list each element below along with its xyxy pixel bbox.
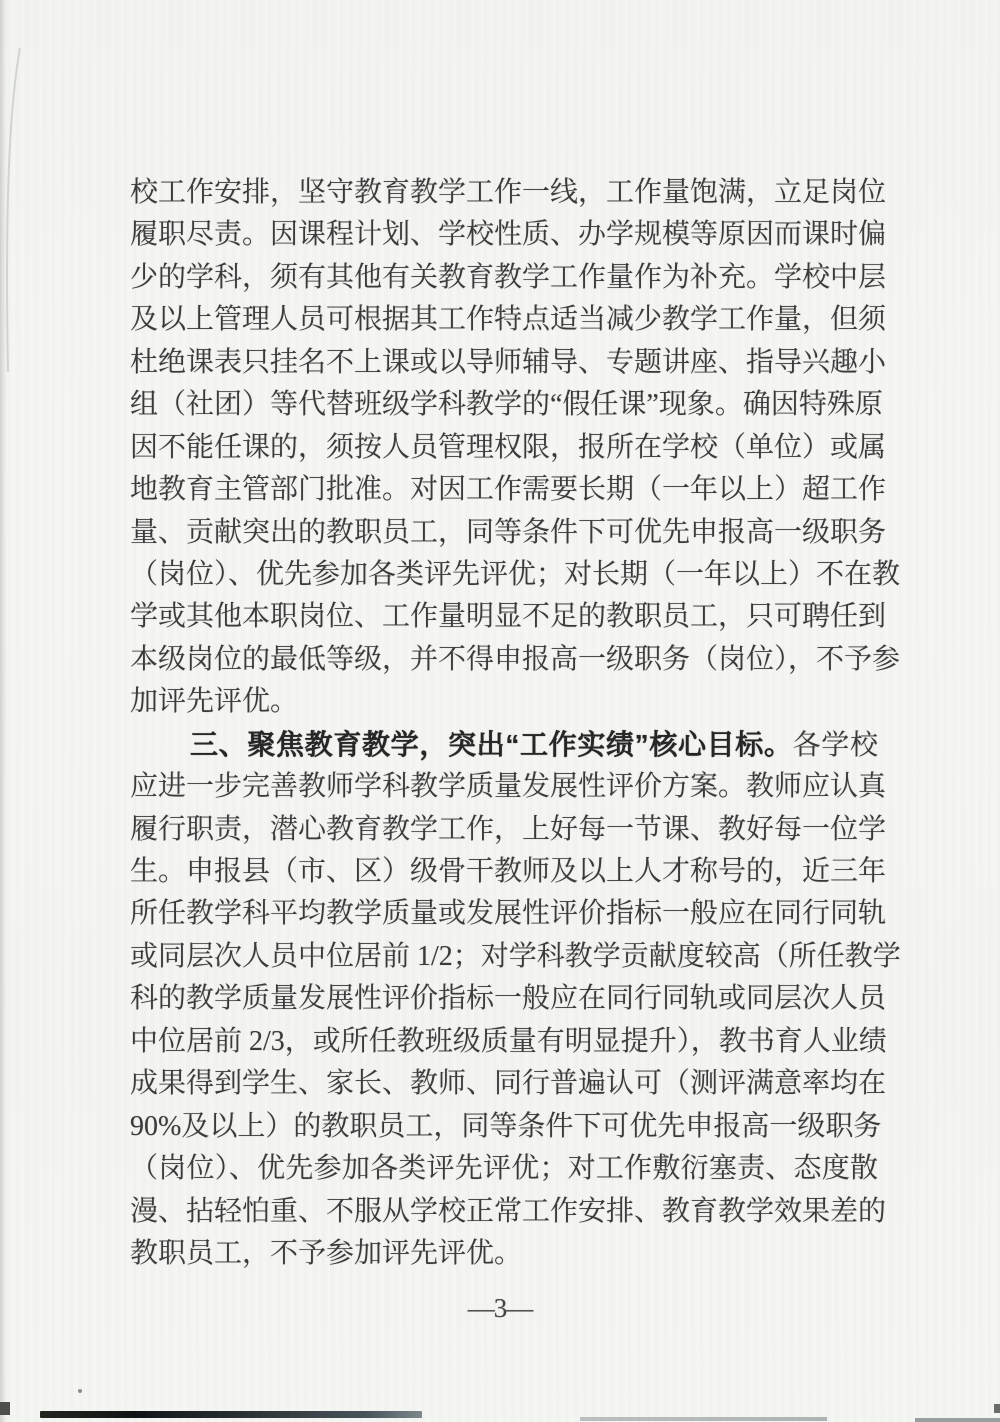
text-line: 漫、拈轻怕重、不服从学校正常工作安排、教育教学效果差的 <box>130 1191 878 1233</box>
scan-artifact-bottom-line <box>580 1417 827 1421</box>
text-line: 成果得到学生、家长、教师、同行普遍认可（测评满意率均在 <box>130 1063 878 1105</box>
heading-bold-text: 三、聚焦教育教学，突出“工作实绩”核心目标。 <box>190 729 793 760</box>
text-line: 加评先评优。 <box>130 681 878 723</box>
scan-artifact-bottom-line-right <box>915 1418 1000 1422</box>
page-number: —3— <box>0 1293 1000 1323</box>
text-line: 量、贡献突出的教职员工，同等条件下可优先申报高一级职务 <box>130 512 878 554</box>
text-line: 中位居前 2/3，或所任教班级质量有明显提升），教书育人业绩 <box>130 1021 878 1063</box>
scan-edge-shade <box>0 0 7 1422</box>
text-line: （岗位）、优先参加各类评先评优；对工作敷衍塞责、态度散 <box>130 1148 878 1190</box>
text-line: 生。申报县（市、区）级骨干教师及以上人才称号的，近三年 <box>130 851 878 893</box>
text-line: 校工作安排，坚守教育教学工作一线，工作量饱满，立足岗位 <box>130 172 878 214</box>
text-line: 本级岗位的最低等级，并不得申报高一级职务（岗位），不予参 <box>130 639 878 681</box>
scan-artifact-bottom-bar <box>40 1411 422 1418</box>
text-line: 应进一步完善教师学科教学质量发展性评价方案。教师应认真 <box>130 766 878 808</box>
text-line: 学或其他本职岗位、工作量明显不足的教职员工，只可聘任到 <box>130 596 878 638</box>
text-line: 教职员工，不予参加评先评优。 <box>130 1233 878 1275</box>
text-line: （岗位）、优先参加各类评先评优；对长期（一年以上）不在教 <box>130 554 878 596</box>
text-line: 及以上管理人员可根据其工作特点适当减少教学工作量，但须 <box>130 299 878 341</box>
heading-tail-text: 各学校 <box>793 730 878 761</box>
text-line: 少的学科，须有其他有关教育教学工作量作为补充。学校中层 <box>130 257 878 299</box>
scan-speck <box>78 1389 82 1393</box>
text-line: 所任教学科平均教学质量或发展性评价指标一般应在同行同轨 <box>130 893 878 935</box>
scan-artifact-right-tick <box>994 1404 1000 1413</box>
text-line: 履职尽责。因课程计划、学校性质、办学规模等原因而课时偏 <box>130 214 878 256</box>
text-line: 因不能任课的，须按人员管理权限，报所在学校（单位）或属 <box>130 427 878 469</box>
text-line: 或同层次人员中位居前 1/2；对学科教学贡献度较高（所任教学 <box>130 936 878 978</box>
text-line: 杜绝课表只挂名不上课或以导师辅导、专题讲座、指导兴趣小 <box>130 342 878 384</box>
paragraph-heading-line: 三、聚焦教育教学，突出“工作实绩”核心目标。各学校 <box>130 724 878 766</box>
scan-artifact-corner-block <box>0 1402 10 1415</box>
body-text: 校工作安排，坚守教育教学工作一线，工作量饱满，立足岗位 履职尽责。因课程计划、学… <box>130 172 878 1275</box>
text-line: 科的教学质量发展性评价指标一般应在同行同轨或同层次人员 <box>130 978 878 1020</box>
text-line: 履行职责，潜心教育教学工作，上好每一节课、教好每一位学 <box>130 809 878 851</box>
scan-crease-line <box>0 40 30 380</box>
document-page: 校工作安排，坚守教育教学工作一线，工作量饱满，立足岗位 履职尽责。因课程计划、学… <box>0 0 1000 1422</box>
text-line: 90%及以上）的教职员工，同等条件下可优先申报高一级职务 <box>130 1106 878 1148</box>
text-line: 地教育主管部门批准。对因工作需要长期（一年以上）超工作 <box>130 469 878 511</box>
text-line: 组（社团）等代替班级学科教学的“假任课”现象。确因特殊原 <box>130 384 878 426</box>
